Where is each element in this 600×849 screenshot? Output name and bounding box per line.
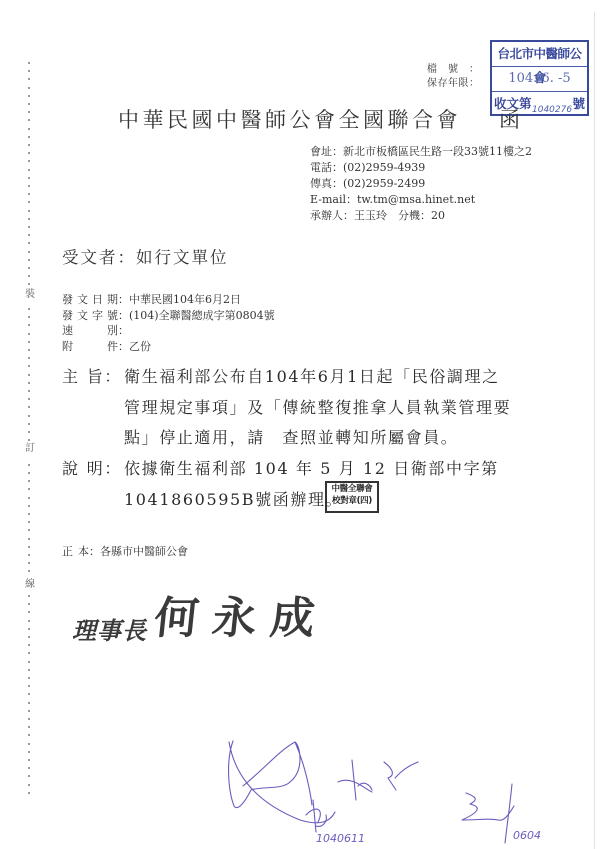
binding-dot — [28, 226, 30, 228]
binding-dot — [28, 406, 30, 408]
binding-dot — [28, 95, 30, 97]
binding-dot — [28, 218, 30, 220]
binding-dot — [28, 702, 30, 704]
contact-label: 承辦人： — [310, 209, 354, 222]
binding-dot — [28, 193, 30, 195]
chairman-name: 何永成 — [152, 582, 333, 646]
binding-dot — [28, 513, 30, 515]
binding-dot — [28, 628, 30, 630]
doc-type: 函 — [499, 108, 524, 132]
explanation-label: 說 明： — [62, 454, 124, 515]
recipient: 受文者：如行文單位 — [62, 244, 229, 268]
binding-dot — [28, 275, 30, 277]
binding-dot — [28, 677, 30, 679]
binding-dot — [28, 644, 30, 646]
binding-dot — [28, 538, 30, 540]
meta-speed: 速別： — [62, 323, 275, 339]
meta-value: ：乙份 — [118, 340, 151, 353]
stamp-date: 104. 6. -5 — [492, 67, 587, 92]
binding-dot — [28, 521, 30, 523]
binding-dot — [28, 603, 30, 605]
binding-dot — [28, 431, 30, 433]
binding-dot — [28, 439, 30, 441]
binding-dot — [28, 554, 30, 556]
binding-dot — [28, 497, 30, 499]
retention-row: 保存年限： — [427, 77, 479, 91]
binding-dot — [28, 546, 30, 548]
binding-dot — [28, 652, 30, 654]
contact-value: (02)2959-2499 — [343, 177, 425, 190]
binding-dot — [28, 423, 30, 425]
binding-dot — [28, 365, 30, 367]
binding-dot — [28, 743, 30, 745]
recipient-value: 如行文單位 — [136, 248, 229, 267]
meta-label: 速別 — [62, 323, 118, 339]
meta-label: 發文字號 — [62, 308, 118, 324]
binding-dot — [28, 251, 30, 253]
binding-mark: 裝 — [24, 289, 36, 301]
chairman-signature: 理事長何永成 — [72, 582, 329, 646]
binding-dot — [28, 169, 30, 171]
binding-dot — [28, 488, 30, 490]
stamp-org: 台北市中醫師公會 — [492, 42, 587, 67]
copy-label: 正本 — [62, 543, 89, 559]
binding-dot — [28, 333, 30, 335]
meta-date: 發文日期：中華民國104年6月2日 — [62, 292, 275, 308]
binding-dot — [28, 374, 30, 376]
binding-mark: 訂 — [24, 443, 36, 455]
file-number-row: 檔號： — [427, 63, 479, 77]
binding-dot — [28, 661, 30, 663]
signature-scribble-1 — [229, 741, 335, 823]
meta-value: ： — [118, 324, 129, 337]
binding-dot — [28, 87, 30, 89]
binding-dot — [28, 201, 30, 203]
binding-dot — [28, 767, 30, 769]
binding-dot — [28, 734, 30, 736]
stamp-suffix: 號 — [572, 92, 585, 116]
contact-phone: 電話：(02)2959-4939 — [310, 160, 532, 176]
copy-recipients: 正本：各縣市中醫師公會 — [62, 543, 188, 559]
contact-value: 新北市板橋區民生路一段33號11樓之2 — [343, 145, 532, 158]
proof-stamp-line: 中醫全聯會 — [327, 483, 377, 495]
binding-dot — [28, 119, 30, 121]
binding-dot — [28, 784, 30, 786]
binding-dot — [28, 570, 30, 572]
meta-value: ：(104)全聯醫總成字第0804號 — [118, 309, 275, 322]
binding-dot — [28, 464, 30, 466]
signature-scribble-4 — [462, 784, 514, 843]
contact-value: tw.tm@msa.hinet.net — [357, 193, 475, 206]
binding-dot — [28, 234, 30, 236]
binding-dot — [28, 595, 30, 597]
binding-dot — [28, 144, 30, 146]
subject-section: 主 旨： 衛生福利部公布自104年6月1日起「民俗調理之 管理規定事項」及「傳統… — [62, 362, 600, 454]
binding-dot — [28, 103, 30, 105]
binding-dot — [28, 382, 30, 384]
contact-info: 會址：新北市板橋區民生路一段33號11樓之2 電話：(02)2959-4939 … — [310, 144, 532, 224]
contact-fax: 傳真：(02)2959-2499 — [310, 176, 532, 192]
label-char: 說 — [62, 454, 80, 515]
org-title: 中華民國中醫師公會全國聯合會 — [118, 108, 461, 132]
meta-label: 附件 — [62, 339, 118, 355]
subject-line: 點」停止適用，請 查照並轉知所屬會員。 — [124, 423, 600, 454]
binding-dot — [28, 620, 30, 622]
binding-dot — [28, 775, 30, 777]
binding-margin: 裝訂線 — [24, 60, 36, 805]
binding-dot — [28, 210, 30, 212]
document-title: 中華民國中醫師公會全國聯合會函 — [118, 104, 524, 134]
binding-dot — [28, 177, 30, 179]
binding-dot — [28, 267, 30, 269]
signature-scribble-2 — [306, 800, 326, 832]
copy-value: ：各縣市中醫師公會 — [89, 545, 188, 558]
binding-dot — [28, 718, 30, 720]
binding-dot — [28, 751, 30, 753]
binding-dot — [28, 390, 30, 392]
binding-dot — [28, 636, 30, 638]
label-colon: ： — [104, 459, 122, 478]
binding-dot — [28, 242, 30, 244]
binding-dot — [28, 710, 30, 712]
binding-dot — [28, 316, 30, 318]
label-char-with-colon: 明： — [87, 454, 122, 515]
label-char: 旨 — [87, 367, 105, 386]
recipient-label: 受文者： — [62, 248, 136, 267]
binding-dot — [28, 685, 30, 687]
binding-dot — [28, 349, 30, 351]
stamp-number: 1040276 — [532, 98, 572, 122]
handwritten-note: 0604 — [513, 829, 541, 842]
binding-dot — [28, 472, 30, 474]
contact-handler: 承辦人：王玉玲 分機：20 — [310, 208, 532, 224]
label-colon: ： — [104, 367, 122, 386]
explanation-line: 依據衛生福利部 104 年 5 月 12 日衛部中字第 — [124, 454, 600, 485]
subject-line: 衛生福利部公布自104年6月1日起「民俗調理之 — [124, 362, 600, 393]
binding-dot — [28, 726, 30, 728]
subject-label: 主 旨： — [62, 362, 124, 454]
contact-label: 電話： — [310, 161, 343, 174]
binding-dot — [28, 357, 30, 359]
contact-label: E-mail： — [310, 193, 357, 206]
binding-dot — [28, 341, 30, 343]
label-char-with-colon: 旨： — [87, 362, 122, 454]
binding-dot — [28, 259, 30, 261]
binding-dot — [28, 792, 30, 794]
binding-dot — [28, 505, 30, 507]
chairman-role: 理事長 — [72, 616, 147, 645]
binding-dot — [28, 324, 30, 326]
contact-email: E-mail：tw.tm@msa.hinet.net — [310, 192, 532, 208]
binding-dot — [28, 111, 30, 113]
retention-label: 保存年限： — [427, 77, 479, 91]
binding-dot — [28, 669, 30, 671]
proofread-stamp: 中醫全聯會 校對章(四) — [325, 481, 379, 513]
binding-dot — [28, 136, 30, 138]
binding-dot — [28, 185, 30, 187]
binding-dot — [28, 480, 30, 482]
binding-dot — [28, 415, 30, 417]
binding-dot — [28, 398, 30, 400]
binding-dot — [28, 759, 30, 761]
binding-mark: 線 — [24, 579, 36, 591]
proof-stamp-line: 校對章(四) — [327, 495, 377, 507]
contact-value: 王玉玲 分機：20 — [354, 209, 445, 222]
meta-doc-number: 發文字號：(104)全聯醫總成字第0804號 — [62, 308, 275, 324]
handwritten-note: 1040611 — [316, 832, 365, 845]
binding-dot — [28, 529, 30, 531]
meta-value: ：中華民國104年6月2日 — [118, 293, 241, 306]
binding-dot — [28, 70, 30, 72]
contact-value: (02)2959-4939 — [343, 161, 425, 174]
binding-dot — [28, 611, 30, 613]
binding-dot — [28, 562, 30, 564]
subject-body: 衛生福利部公布自104年6月1日起「民俗調理之 管理規定事項」及「傳統整復推拿人… — [124, 362, 600, 454]
binding-dot — [28, 78, 30, 80]
binding-dot — [28, 308, 30, 310]
contact-label: 傳真： — [310, 177, 343, 190]
meta-attachment: 附件：乙份 — [62, 339, 275, 355]
file-number-label: 檔號： — [427, 63, 479, 77]
binding-dot — [28, 693, 30, 695]
label-char: 明 — [87, 459, 105, 478]
signature-scribble-3 — [338, 760, 418, 800]
contact-label: 會址： — [310, 145, 343, 158]
subject-line: 管理規定事項」及「傳統整復推拿人員執業管理要 — [124, 393, 600, 424]
contact-address: 會址：新北市板橋區民生路一段33號11樓之2 — [310, 144, 532, 160]
archive-info: 檔號： 保存年限： — [427, 63, 479, 91]
binding-dot — [28, 160, 30, 162]
binding-dot — [28, 152, 30, 154]
binding-dot — [28, 283, 30, 285]
binding-dot — [28, 128, 30, 130]
dispatch-meta: 發文日期：中華民國104年6月2日 發文字號：(104)全聯醫總成字第0804號… — [62, 292, 275, 354]
meta-label: 發文日期 — [62, 292, 118, 308]
label-char: 主 — [62, 362, 80, 454]
binding-dot — [28, 62, 30, 64]
